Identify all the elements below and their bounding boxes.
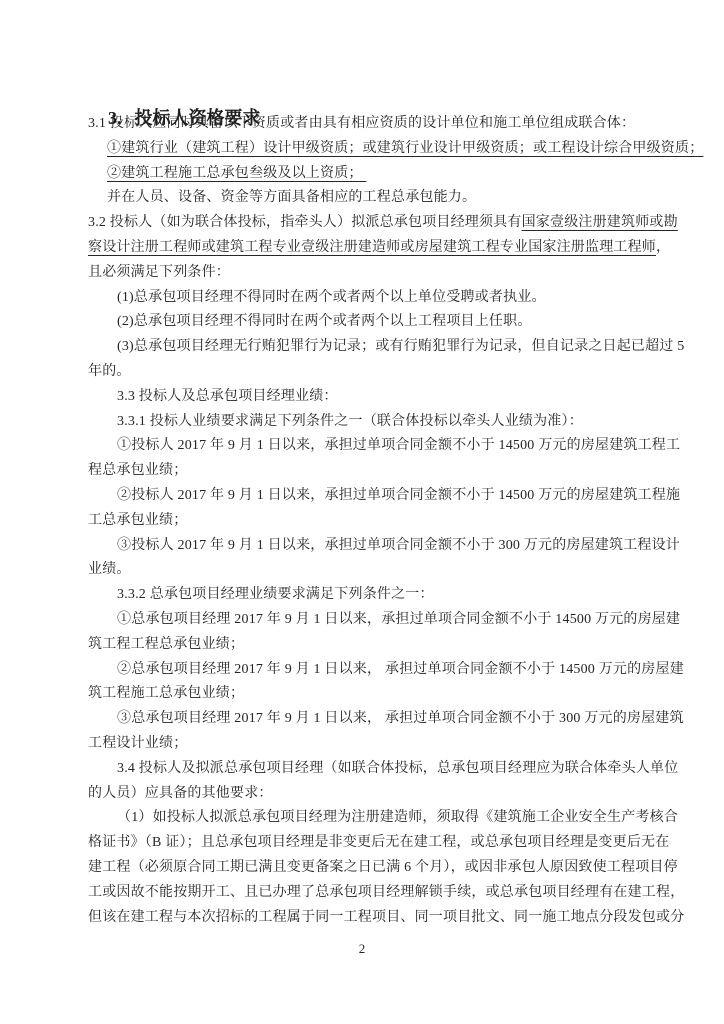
text-segment: 筑工程施工总承包业绩；: [88, 686, 244, 701]
text-line: ②建筑工程施工总承包叁级及以上资质；: [88, 162, 704, 187]
text-line: 察设计注册工程师或建筑工程专业壹级注册建造师或房屋建筑工程专业国家注册监理工程师…: [88, 236, 704, 261]
page-number: 2: [0, 940, 724, 958]
text-segment: 业绩。: [88, 562, 131, 577]
text-segment: ③投标人 2017 年 9 月 1 日以来，承担过单项合同金额不小于 300 万…: [117, 538, 680, 553]
text-segment: 建工程（必须原合同工期已满且变更备案之日已满 6 个月），或因非承包人原因致使工…: [88, 860, 678, 875]
text-line: 3.3.2 总承包项目经理业绩要求满足下列条件之一：: [88, 583, 704, 608]
text-line: （1）如投标人拟派总承包项目经理为注册建造师，须取得《建筑施工企业安全生产考核合: [88, 806, 704, 831]
text-segment: 筑工程工程总承包业绩；: [88, 637, 244, 652]
text-line: ①总承包项目经理 2017 年 9 月 1 日以来，承担过单项合同金额不小于 1…: [88, 608, 704, 633]
text-line: 并在人员、设备、资金等方面具备相应的工程总承包能力。: [88, 186, 704, 211]
text-line: 程总承包业绩；: [88, 459, 704, 484]
text-segment: 格证书》（B 证）；且总承包项目经理是非变更后无在建工程，或总承包项目经理是变更…: [88, 835, 669, 850]
text-segment: (3)总承包项目经理无行贿犯罪行为记录；或有行贿犯罪行为记录，但自记录之日起已超…: [117, 339, 684, 354]
text-line: 的人员）应具备的其他要求：: [88, 782, 704, 807]
text-segment: 3.3.1 投标人业绩要求满足下列条件之一（联合体投标以牵头人业绩为准）：: [117, 414, 583, 429]
text-line: ②投标人 2017 年 9 月 1 日以来，承担过单项合同金额不小于 14500…: [88, 484, 704, 509]
text-segment: 但该在建工程与本次招标的工程属于同一工程项目、同一项目批文、同一施工地点分段发包…: [88, 910, 684, 925]
text-segment: 工总承包业绩；: [88, 513, 187, 528]
text-line: (1)总承包项目经理不得同时在两个或者两个以上单位受聘或者执业。: [88, 286, 704, 311]
text-line: 3.3 投标人及总承包项目经理业绩：: [88, 385, 704, 410]
text-line: ②总承包项目经理 2017 年 9 月 1 日以来， 承担过单项合同金额不小于 …: [88, 658, 704, 683]
text-line: 筑工程工程总承包业绩；: [88, 633, 704, 658]
text-line: ③投标人 2017 年 9 月 1 日以来，承担过单项合同金额不小于 300 万…: [88, 534, 704, 559]
text-segment: ，: [656, 240, 670, 255]
text-line: 业绩。: [88, 558, 704, 583]
text-segment: ③总承包项目经理 2017 年 9 月 1 日以来， 承担过单项合同金额不小于 …: [117, 711, 684, 726]
text-line: 工总承包业绩；: [88, 509, 704, 534]
text-segment: (2)总承包项目经理不得同时在两个或者两个以上工程项目上任职。: [117, 314, 532, 329]
underlined-text: ①建筑行业（建筑工程）设计甲级资质；或建筑行业设计甲级资质；或工程设计综合甲级资…: [107, 141, 703, 156]
text-segment: 且必须满足下列条件：: [88, 265, 230, 280]
text-line: 建工程（必须原合同工期已满且变更备案之日已满 6 个月），或因非承包人原因致使工…: [88, 856, 704, 881]
text-segment: （1）如投标人拟派总承包项目经理为注册建造师，须取得《建筑施工企业安全生产考核合: [117, 810, 678, 825]
text-line: 年的。: [88, 360, 704, 385]
underlined-text: 察设计注册工程师或建筑工程专业壹级注册建造师或房屋建筑工程专业国家注册监理工程师: [88, 240, 656, 255]
text-line: (3)总承包项目经理无行贿犯罪行为记录；或有行贿犯罪行为记录，但自记录之日起已超…: [88, 335, 704, 360]
text-segment: 并在人员、设备、资金等方面具备相应的工程总承包能力。: [107, 190, 476, 205]
text-segment: 3.3.2 总承包项目经理业绩要求满足下列条件之一：: [117, 587, 434, 602]
text-line: ①建筑行业（建筑工程）设计甲级资质；或建筑行业设计甲级资质；或工程设计综合甲级资…: [88, 137, 704, 162]
text-segment: 的人员）应具备的其他要求：: [88, 786, 273, 801]
text-segment: 工程设计业绩；: [88, 736, 187, 751]
text-line: 3.1 投标人应同时具备以下资质或者由具有相应资质的设计单位和施工单位组成联合体…: [88, 112, 704, 137]
text-segment: (1)总承包项目经理不得同时在两个或者两个以上单位受聘或者执业。: [117, 290, 546, 305]
text-line: ①投标人 2017 年 9 月 1 日以来，承担过单项合同金额不小于 14500…: [88, 434, 704, 459]
text-segment: 程总承包业绩；: [88, 463, 187, 478]
document-body: 3.1 投标人应同时具备以下资质或者由具有相应资质的设计单位和施工单位组成联合体…: [88, 112, 704, 930]
text-segment: 3.3 投标人及总承包项目经理业绩：: [117, 389, 338, 404]
text-segment: 3.2 投标人（如为联合体投标，指牵头人）拟派总承包项目经理须具有: [88, 215, 522, 230]
text-segment: ①投标人 2017 年 9 月 1 日以来，承担过单项合同金额不小于 14500…: [117, 438, 680, 453]
text-segment: 年的。: [88, 364, 131, 379]
text-line: 3.2 投标人（如为联合体投标，指牵头人）拟派总承包项目经理须具有国家壹级注册建…: [88, 211, 704, 236]
text-segment: ②总承包项目经理 2017 年 9 月 1 日以来， 承担过单项合同金额不小于 …: [117, 662, 684, 677]
text-line: ③总承包项目经理 2017 年 9 月 1 日以来， 承担过单项合同金额不小于 …: [88, 707, 704, 732]
text-line: 工程设计业绩；: [88, 732, 704, 757]
text-segment: ①总承包项目经理 2017 年 9 月 1 日以来，承担过单项合同金额不小于 1…: [117, 612, 680, 627]
text-segment: 工或因故不能按期开工、且已办理了总承包项目经理解锁手续，或总承包项目经理有在建工…: [88, 885, 684, 900]
underlined-text: ②建筑工程施工总承包叁级及以上资质；: [107, 166, 366, 181]
text-line: 3.4 投标人及拟派总承包项目经理（如联合体投标，总承包项目经理应为联合体牵头人…: [88, 757, 704, 782]
text-line: 3.3.1 投标人业绩要求满足下列条件之一（联合体投标以牵头人业绩为准）：: [88, 410, 704, 435]
text-line: 但该在建工程与本次招标的工程属于同一工程项目、同一项目批文、同一施工地点分段发包…: [88, 906, 704, 931]
text-line: 且必须满足下列条件：: [88, 261, 704, 286]
text-line: (2)总承包项目经理不得同时在两个或者两个以上工程项目上任职。: [88, 310, 704, 335]
document-page: 3.投标人资格要求 3.1 投标人应同时具备以下资质或者由具有相应资质的设计单位…: [0, 0, 724, 1024]
text-segment: 3.1 投标人应同时具备以下资质或者由具有相应资质的设计单位和施工单位组成联合体…: [88, 116, 635, 131]
text-segment: ②投标人 2017 年 9 月 1 日以来，承担过单项合同金额不小于 14500…: [117, 488, 680, 503]
text-line: 格证书》（B 证）；且总承包项目经理是非变更后无在建工程，或总承包项目经理是变更…: [88, 831, 704, 856]
text-line: 筑工程施工总承包业绩；: [88, 682, 704, 707]
underlined-text: 国家壹级注册建筑师或勘: [522, 215, 678, 230]
text-segment: 3.4 投标人及拟派总承包项目经理（如联合体投标，总承包项目经理应为联合体牵头人…: [117, 761, 678, 776]
text-line: 工或因故不能按期开工、且已办理了总承包项目经理解锁手续，或总承包项目经理有在建工…: [88, 881, 704, 906]
